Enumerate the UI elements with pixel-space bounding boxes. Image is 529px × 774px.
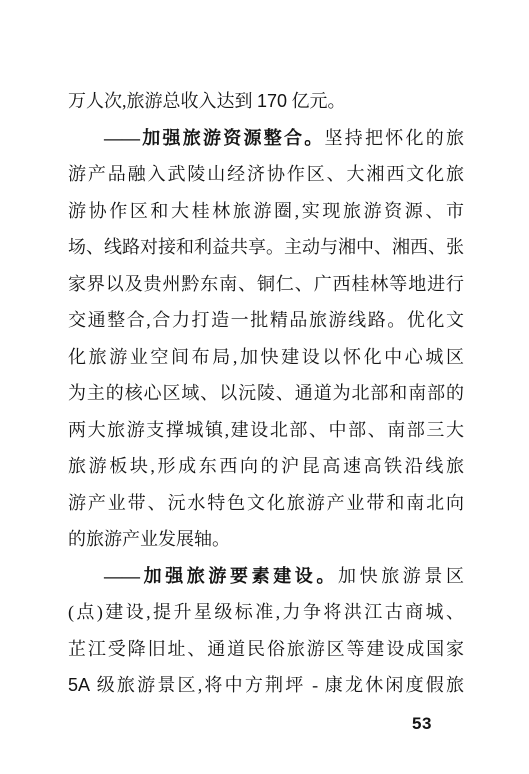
section-heading-text: ——加强旅游要素建设。	[104, 566, 338, 586]
text-line: 5A 级旅游景区,将中方荆坪 - 康龙休闲度假旅	[68, 667, 464, 704]
body-text: 旅游板块,形成东西向的沪昆高速高铁沿线旅	[68, 456, 464, 476]
text-line: 家界以及贵州黔东南、铜仁、广西桂林等地进行	[68, 266, 464, 303]
text-line: 两大旅游支撑城镇,建设北部、中部、南部三大	[68, 412, 464, 449]
body-text: 交通整合,合力打造一批精品旅游线路。优化文	[68, 310, 464, 330]
body-text: 游产业带、沅水特色文化旅游产业带和南北向	[68, 493, 464, 513]
text-line: 游产品融入武陵山经济协作区、大湘西文化旅	[68, 156, 464, 193]
body-text: (点)建设,提升星级标准,力争将洪江古商城、	[68, 602, 464, 622]
text-line: 游协作区和大桂林旅游圈,实现旅游资源、市	[68, 193, 464, 230]
text-line: 万人次,旅游总收入达到 170 亿元。	[68, 83, 464, 120]
section-heading-text: ——加强旅游资源整合。	[104, 128, 325, 148]
text-line: 为主的核心区域、以沅陵、通道为北部和南部的	[68, 375, 464, 412]
text-line: 游产业带、沅水特色文化旅游产业带和南北向	[68, 485, 464, 522]
text-line: 的旅游产业发展轴。	[68, 521, 464, 558]
body-text: 两大旅游支撑城镇,建设北部、中部、南部三大	[68, 420, 464, 440]
body-text: 加快旅游景区	[338, 566, 464, 586]
body-text: 游协作区和大桂林旅游圈,实现旅游资源、市	[68, 201, 464, 221]
body-text: 的旅游产业发展轴。	[68, 529, 230, 549]
body-text: 化旅游业空间布局,加快建设以怀化中心城区	[68, 347, 464, 367]
body-text: 级旅游景区,将中方荆坪 - 康龙休闲度假旅	[90, 675, 464, 695]
text-line: 旅游板块,形成东西向的沪昆高速高铁沿线旅	[68, 448, 464, 485]
text-line: 芷江受降旧址、通道民俗旅游区等建设成国家	[68, 631, 464, 668]
body-text: 170	[257, 91, 287, 111]
body-text: 游产品融入武陵山经济协作区、大湘西文化旅	[68, 164, 464, 184]
body-text: 5A	[68, 675, 90, 695]
body-text: 为主的核心区域、以沅陵、通道为北部和南部的	[68, 383, 464, 403]
text-line: 化旅游业空间布局,加快建设以怀化中心城区	[68, 339, 464, 376]
text-line: ——加强旅游要素建设。加快旅游景区	[68, 558, 464, 595]
text-line: 场、线路对接和利益共享。主动与湘中、湘西、张	[68, 229, 464, 266]
text-line: (点)建设,提升星级标准,力争将洪江古商城、	[68, 594, 464, 631]
body-text: 场、线路对接和利益共享。主动与湘中、湘西、张	[68, 237, 464, 257]
body-text: 坚持把怀化的旅	[325, 128, 465, 148]
text-line: ——加强旅游资源整合。坚持把怀化的旅	[68, 120, 464, 157]
document-page: 万人次,旅游总收入达到 170 亿元。——加强旅游资源整合。坚持把怀化的旅游产品…	[0, 0, 529, 774]
body-text: 万人次,旅游总收入达到	[68, 91, 257, 111]
text-block: 万人次,旅游总收入达到 170 亿元。——加强旅游资源整合。坚持把怀化的旅游产品…	[68, 83, 464, 704]
body-text: 家界以及贵州黔东南、铜仁、广西桂林等地进行	[68, 274, 464, 294]
body-text: 亿元。	[287, 91, 346, 111]
text-line: 交通整合,合力打造一批精品旅游线路。优化文	[68, 302, 464, 339]
page-number: 53	[412, 714, 432, 734]
body-text: 芷江受降旧址、通道民俗旅游区等建设成国家	[68, 639, 464, 659]
